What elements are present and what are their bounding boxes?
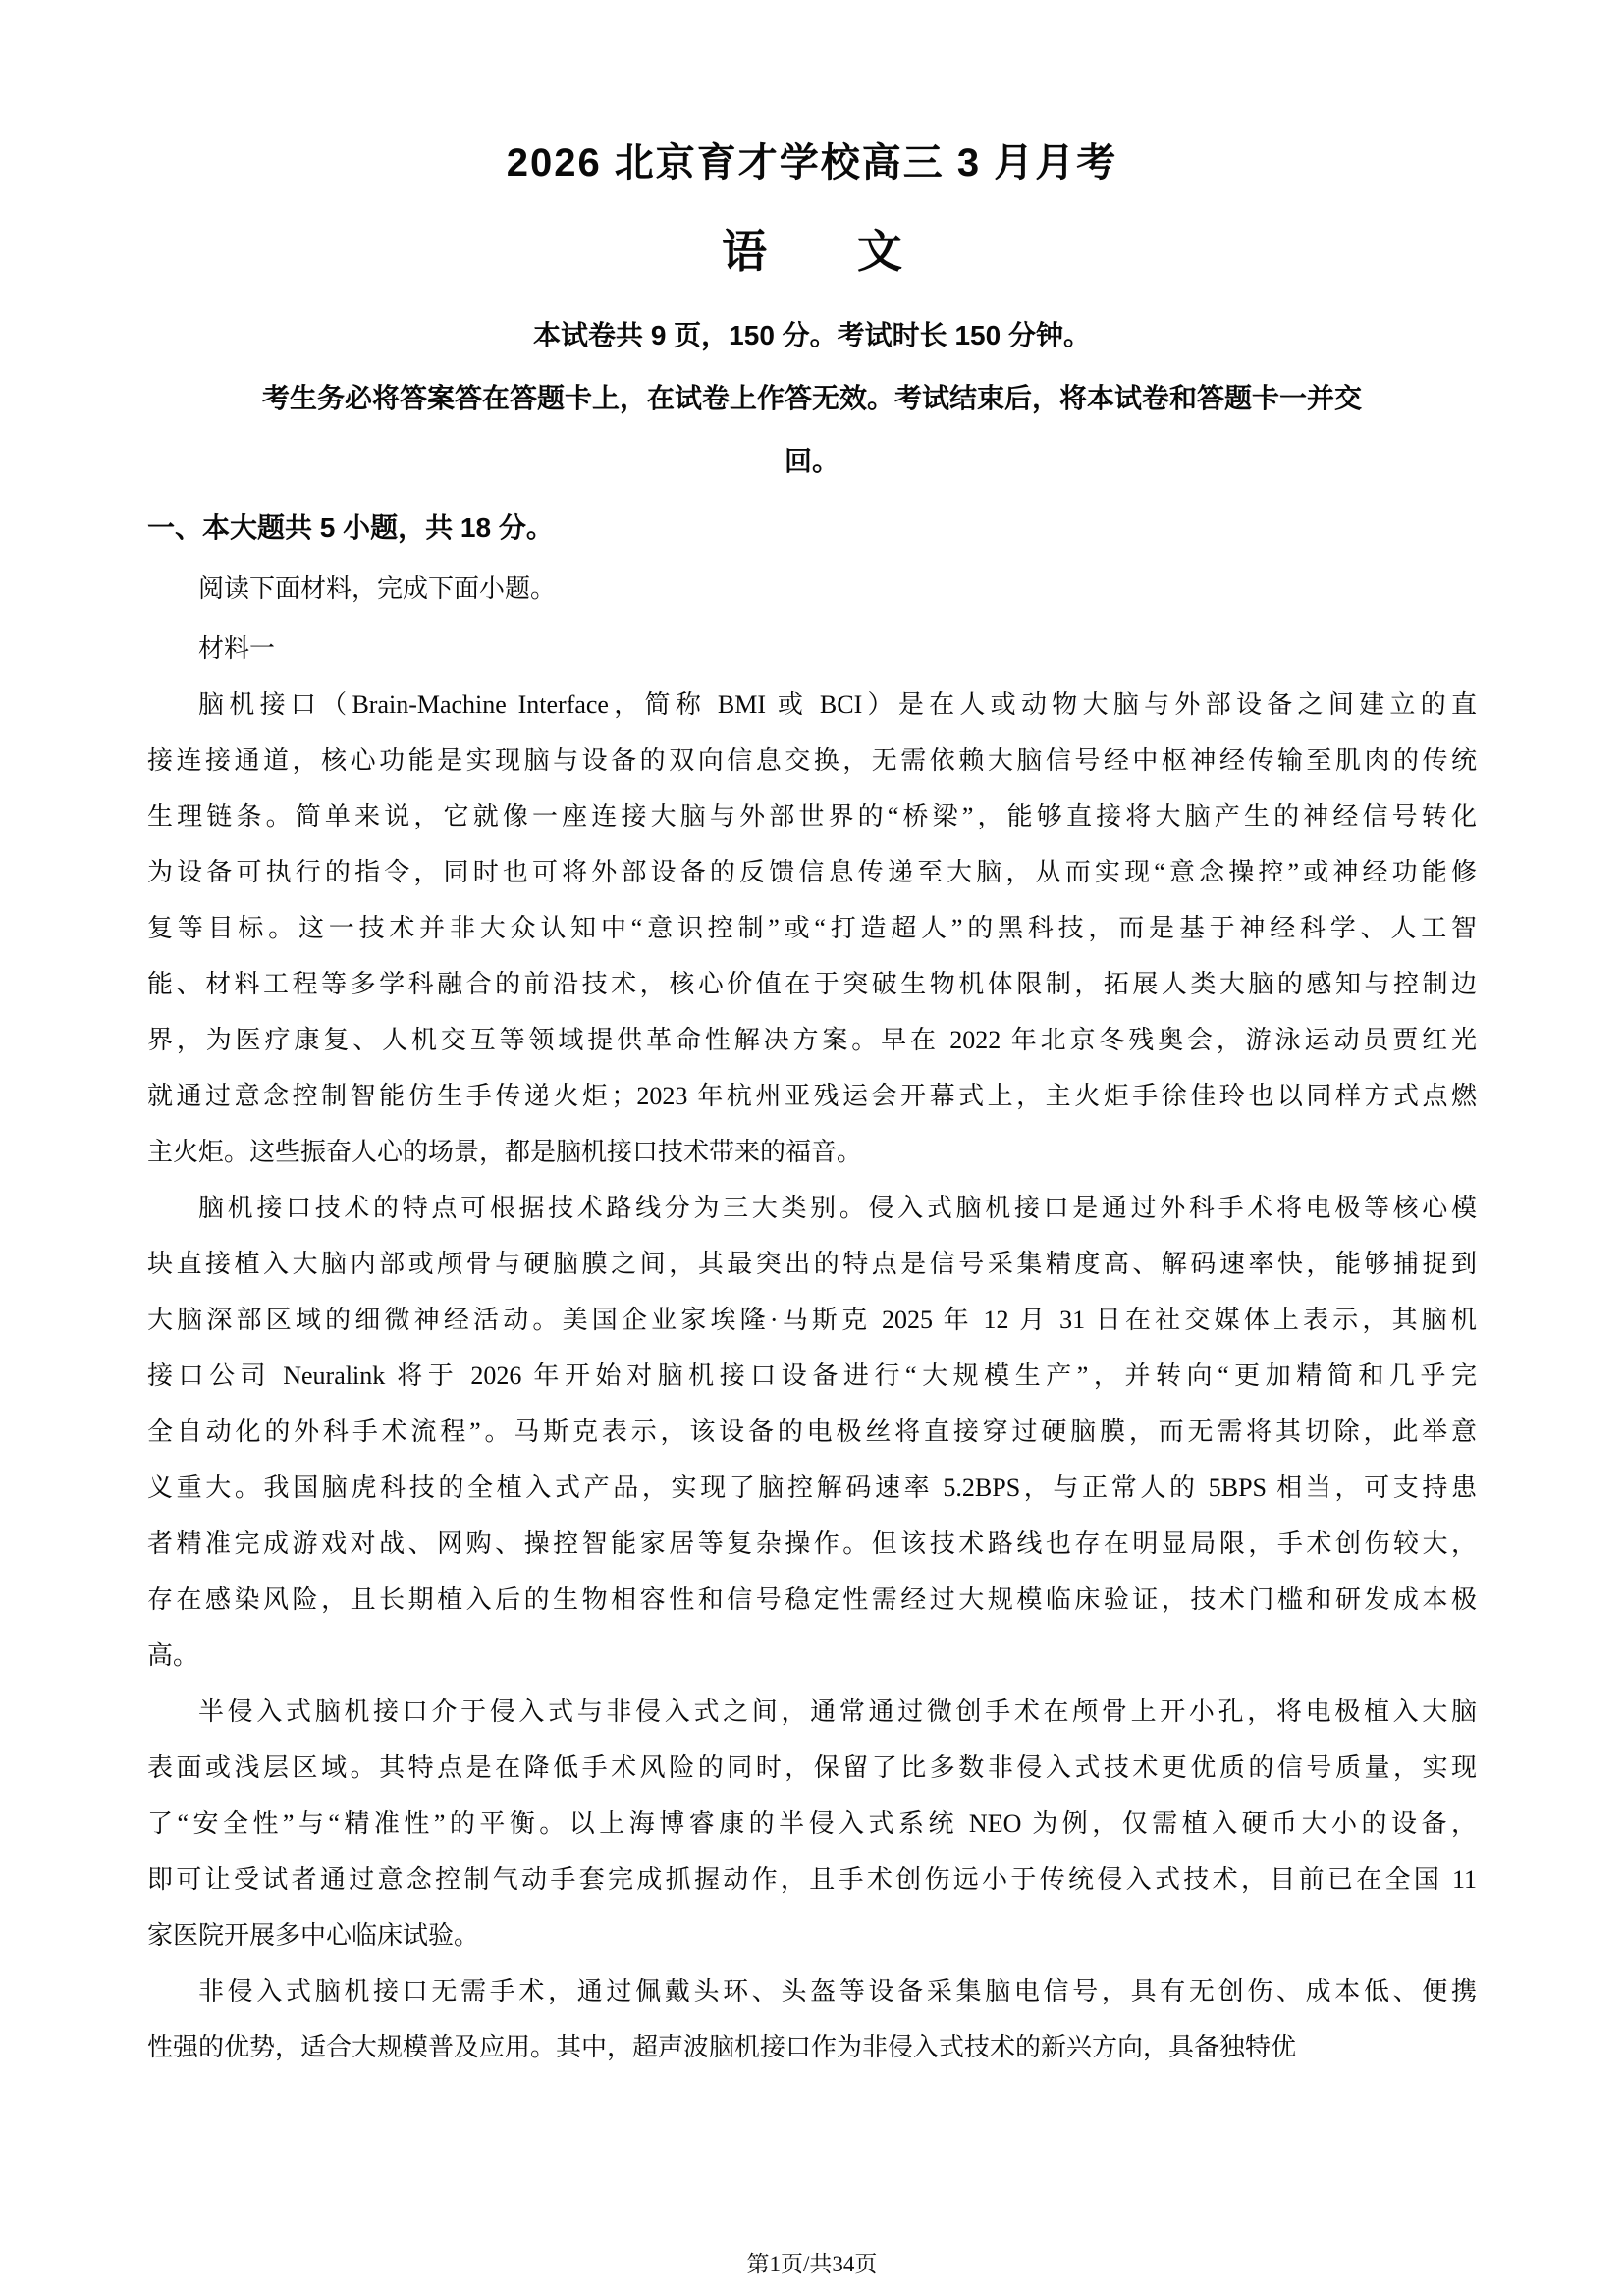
candidate-notice-line-2: 回。 [147, 442, 1477, 481]
body-text-line: 即可让受试者通过意念控制气动手套完成抓握动作，且手术创伤远小于传统侵入式技术，目… [147, 1851, 1477, 1907]
body-text-line: 块直接植入大脑内部或颅骨与硬脑膜之间，其最突出的特点是信号采集精度高、解码速率快… [147, 1236, 1477, 1292]
body-text-line: 半侵入式脑机接口介于侵入式与非侵入式之间，通常通过微创手术在颅骨上开小孔，将电极… [147, 1683, 1477, 1739]
material-one-label: 材料一 [147, 620, 1477, 676]
exam-paper-page: 2026 北京育才学校高三 3 月月考 语 文 本试卷共 9 页，150 分。考… [0, 0, 1624, 2296]
body-text-line: 复等目标。这一技术并非大众认知中“意识控制”或“打造超人”的黑科技，而是基于神经… [147, 900, 1477, 956]
body-text-line: 性强的优势，适合大规模普及应用。其中，超声波脑机接口作为非侵入式技术的新兴方向，… [147, 2019, 1477, 2075]
section-one-heading: 一、本大题共 5 小题，共 18 分。 [147, 508, 1477, 548]
body-text-line: 脑机接口（Brain-Machine Interface，简称 BMI 或 BC… [147, 676, 1477, 732]
page-number-footer: 第1页/共34页 [0, 2250, 1624, 2279]
body-text-line: 高。 [147, 1628, 1477, 1683]
body-text-line: 能、材料工程等多学科融合的前沿技术，核心价值在于突破生物机体限制，拓展人类大脑的… [147, 956, 1477, 1012]
body-text-line: 义重大。我国脑虎科技的全植入式产品，实现了脑控解码速率 5.2BPS，与正常人的… [147, 1460, 1477, 1516]
body-text-line: 全自动化的外科手术流程”。马斯克表示，该设备的电极丝将直接穿过硬脑膜，而无需将其… [147, 1404, 1477, 1460]
body-text-line: 大脑深部区域的细微神经活动。美国企业家埃隆·马斯克 2025 年 12 月 31… [147, 1292, 1477, 1348]
body-text-line: 家医院开展多中心临床试验。 [147, 1907, 1477, 1963]
body-text-line: 为设备可执行的指令，同时也可将外部设备的反馈信息传递至大脑，从而实现“意念操控”… [147, 844, 1477, 900]
candidate-notice-line-1: 考生务必将答案答在答题卡上，在试卷上作答无效。考试结束后，将本试卷和答题卡一并交 [147, 379, 1477, 418]
body-text-line: 接口公司 Neuralink 将于 2026 年开始对脑机接口设备进行“大规模生… [147, 1348, 1477, 1404]
body-text-line: 就通过意念控制智能仿生手传递火炬；2023 年杭州亚残运会开幕式上，主火炬手徐佳… [147, 1068, 1477, 1124]
reading-instruction: 阅读下面材料，完成下面小题。 [147, 569, 1477, 609]
body-text-line: 者精准完成游戏对战、网购、操控智能家居等复杂操作。但该技术路线也存在明显局限，手… [147, 1516, 1477, 1572]
body-text-line: 非侵入式脑机接口无需手术，通过佩戴头环、头盔等设备采集脑电信号，具有无创伤、成本… [147, 1963, 1477, 2019]
exam-info-line: 本试卷共 9 页，150 分。考试时长 150 分钟。 [147, 318, 1477, 353]
body-text-line: 生理链条。简单来说，它就像一座连接大脑与外部世界的“桥梁”，能够直接将大脑产生的… [147, 788, 1477, 844]
body-text-line: 主火炬。这些振奋人心的场景，都是脑机接口技术带来的福音。 [147, 1124, 1477, 1180]
page-title: 2026 北京育才学校高三 3 月月考 [147, 139, 1477, 187]
subject-title: 语 文 [147, 226, 1477, 277]
body-text-line: 表面或浅层区域。其特点是在降低手术风险的同时，保留了比多数非侵入式技术更优质的信… [147, 1739, 1477, 1795]
body-text-line: 存在感染风险，且长期植入后的生物相容性和信号稳定性需经过大规模临床验证，技术门槛… [147, 1572, 1477, 1628]
body-text-line: 界，为医疗康复、人机交互等领域提供革命性解决方案。早在 2022 年北京冬残奥会… [147, 1012, 1477, 1068]
material-body: 材料一 脑机接口（Brain-Machine Interface，简称 BMI … [147, 620, 1477, 2075]
body-text-line: 了“安全性”与“精准性”的平衡。以上海博睿康的半侵入式系统 NEO 为例，仅需植… [147, 1795, 1477, 1851]
body-text-line: 接连接通道，核心功能是实现脑与设备的双向信息交换，无需依赖大脑信号经中枢神经传输… [147, 732, 1477, 788]
body-text-line: 脑机接口技术的特点可根据技术路线分为三大类别。侵入式脑机接口是通过外科手术将电极… [147, 1180, 1477, 1236]
